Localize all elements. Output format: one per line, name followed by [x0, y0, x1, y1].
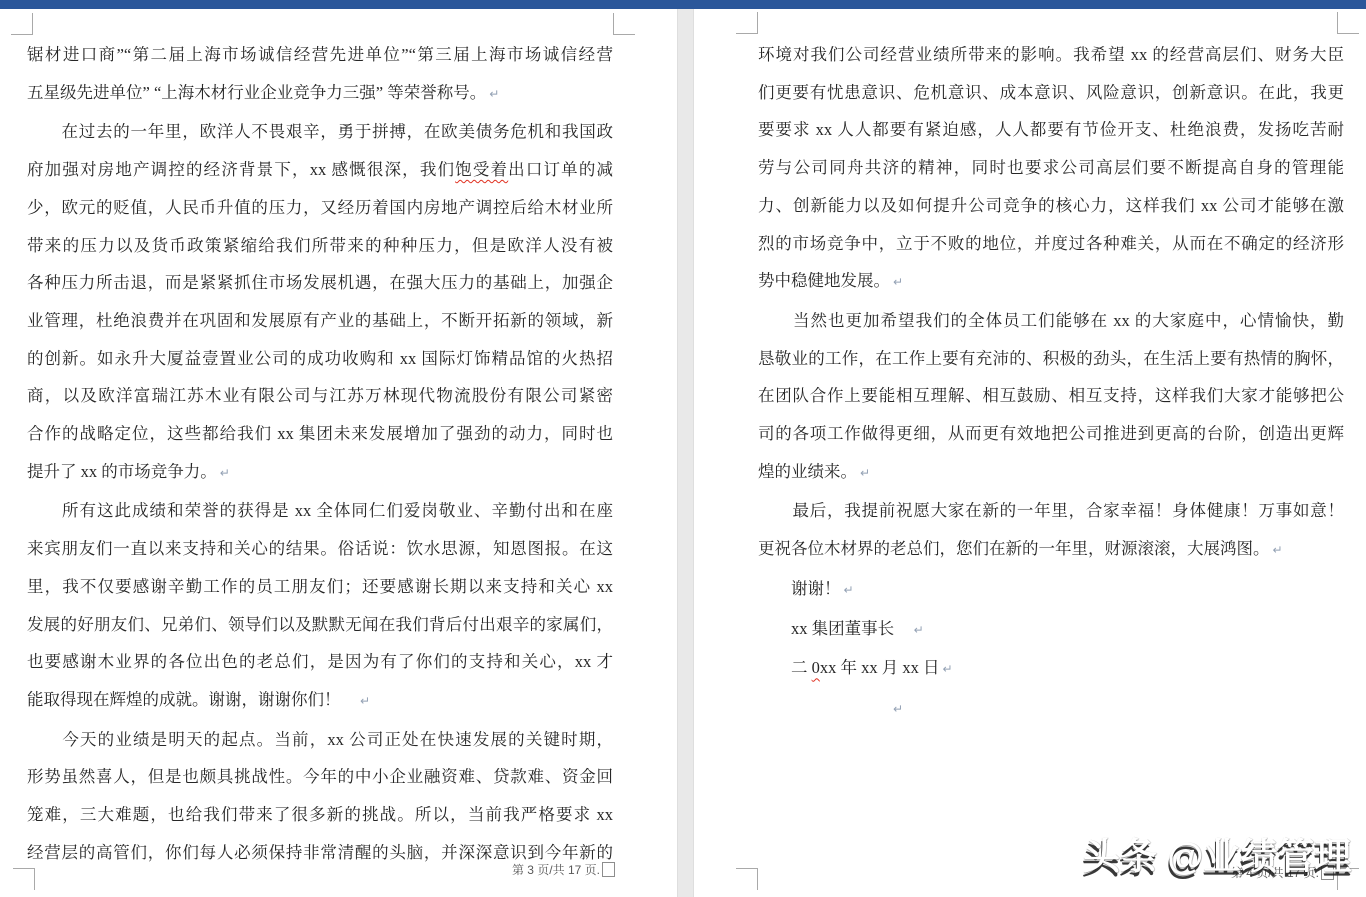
text-run: 出口订单的减: [508, 160, 613, 179]
text-line: 提升了 xx 的市场竞争力。↵: [27, 453, 613, 493]
page3-footer: 第 3 页/共 17 页.: [27, 860, 615, 878]
text-line: 力、创新能力以及如何提升公司竞争的核心力，这样我们 xx 公司才能够在激: [758, 187, 1344, 225]
text-line: 在团队合作上要能相互理解、相互鼓励、相互支持，这样我们大家才能够把公: [758, 377, 1344, 415]
text-boundary-mark-top-left-p4: [736, 12, 758, 34]
text-run: 环境对我们公司经营业绩所带来的影响。我希望 xx 的经营高层们、财务大臣: [758, 45, 1344, 64]
text-run: 府加强对房地产调控的经济背景下，xx 感慨很深，我们: [27, 160, 455, 179]
word-title-bar: [0, 0, 1366, 9]
paragraph-mark: ↵: [893, 702, 903, 716]
text-run: 力、创新能力以及如何提升公司竞争的核心力，这样我们 xx 公司才能够在激: [758, 196, 1344, 215]
text-line: 也要感谢木业界的各位出色的老总们，是因为有了你们的支持和关心，xx 才: [27, 643, 613, 681]
paragraph-mark: ↵: [914, 623, 924, 637]
text-line: 笼难，三大难题，也给我们带来了很多新的挑战。所以，当前我严格要求 xx: [27, 796, 613, 834]
text-run: xx 集团董事长: [758, 619, 911, 638]
text-run: 来宾朋友们一直以来支持和关心的结果。俗话说：饮水思源，知恩图报。在这: [27, 539, 613, 558]
text-run: 劳与公司同舟共济的精神，同时也要求公司高层们要不断提高自身的管理能: [758, 158, 1344, 177]
text-line: 府加强对房地产调控的经济背景下，xx 感慨很深，我们饱受着出口订单的减: [27, 151, 613, 189]
text-line: 恳敬业的工作，在工作上要有充沛的、积极的劲头，在生活上要有热情的胸怀，: [758, 340, 1344, 378]
text-run: 煌的业绩来。: [758, 462, 857, 481]
text-run: 商，以及欧洋富瑞江苏木业有限公司与江苏万林现代物流股份有限公司紧密: [27, 386, 613, 405]
text-line: 烈的市场竞争中，立于不败的地位，并度过各种难关，从而在不确定的经济形: [758, 225, 1344, 263]
text-run: xx 年 xx 月 xx 日: [820, 658, 940, 677]
paragraph-mark: ↵: [860, 466, 870, 480]
text-run: 业管理，杜绝浪费并在巩固和发展原有产业的基础上，不断开拓新的领域，新: [27, 311, 613, 330]
text-run: 势中稳健地发展。: [758, 271, 890, 290]
text-line: 锯材进口商”“第二届上海市场诚信经营先进单位”“第三届上海市场诚信经营: [27, 36, 613, 74]
text-run: 合作的战略定位，这些都给我们 xx 集团未来发展增加了强劲的动力，同时也: [27, 424, 613, 443]
text-line: 所有这此成绩和荣誉的获得是 xx 全体同仁们爱岗敬业、辛勤付出和在座: [27, 492, 613, 530]
text-line: 当然也更加希望我们的全体员工们能够在 xx 的大家庭中，心情愉快，勤: [758, 302, 1344, 340]
text-line: 五星级先进单位” “上海木材行业企业竞争力三强” 等荣誉称号。↵: [27, 74, 613, 114]
text-run: 所有这此成绩和荣誉的获得是 xx 全体同仁们爱岗敬业、辛勤付出和在座: [27, 501, 613, 520]
text-run: 各种压力所击退，而是紧紧抓住市场发展机遇，在强大压力的基础上，加强企: [27, 273, 613, 292]
text-run: 也要感谢木业界的各位出色的老总们，是因为有了你们的支持和关心，xx 才: [27, 652, 613, 671]
text-run: 五星级先进单位” “上海木材行业企业竞争力三强” 等荣誉称号。: [27, 83, 486, 102]
text-line: 在过去的一年里，欧洋人不畏艰辛，勇于拼搏，在欧美债务危机和我国政: [27, 113, 613, 151]
text-boundary-mark-top-right-p3: [613, 13, 635, 35]
text-line: 二 0xx 年 xx 月 xx 日↵: [758, 649, 1344, 689]
text-run: 里，我不仅要感谢辛勤工作的员工朋友们；还要感谢长期以来支持和关心 xx: [27, 577, 613, 596]
text-run: 当然也更加希望我们的全体员工们能够在 xx 的大家庭中，心情愉快，勤: [758, 311, 1344, 330]
text-line: 煌的业绩来。↵: [758, 453, 1344, 493]
text-run: 锯材进口商”“第二届上海市场诚信经营先进单位”“第三届上海市场诚信经营: [27, 45, 613, 64]
text-line: 形势虽然喜人，但是也颇具挑战性。今年的中小企业融资难、贷款难、资金回: [27, 758, 613, 796]
text-run: 今天的业绩是明天的起点。当前，xx 公司正处在快速发展的关键时期，: [27, 730, 613, 749]
text-run: [758, 698, 890, 717]
text-line: 各种压力所击退，而是紧紧抓住市场发展机遇，在强大压力的基础上，加强企: [27, 264, 613, 302]
text-line: 少，欧元的贬值，人民币升值的压力，又经历着国内房地产调控后给木材业所: [27, 189, 613, 227]
paragraph-mark: ↵: [489, 87, 499, 101]
text-boundary-mark-bottom-left-p4: [736, 868, 758, 890]
page3-number-label: 第 3 页/共 17 页.: [512, 861, 600, 878]
text-line: 劳与公司同舟共济的精神，同时也要求公司高层们要不断提高自身的管理能: [758, 149, 1344, 187]
text-line: 势中稳健地发展。↵: [758, 262, 1344, 302]
text-line: 合作的战略定位，这些都给我们 xx 集团未来发展增加了强劲的动力，同时也: [27, 415, 613, 453]
page-number-frame: [602, 862, 615, 877]
text-run: 发展的好朋友们、兄弟们、领导们以及默默无闻在我们背后付出艰辛的家属们，: [27, 615, 613, 634]
toutiao-watermark: 头条 @业绩管理: [1083, 826, 1351, 880]
text-run: 在过去的一年里，欧洋人不畏艰辛，勇于拼搏，在欧美债务危机和我国政: [27, 122, 613, 141]
text-line: ↵: [758, 689, 1344, 729]
text-line: 最后，我提前祝愿大家在新的一年里，合家幸福！身体健康！万事如意！: [758, 492, 1344, 530]
text-line: 业管理，杜绝浪费并在巩固和发展原有产业的基础上，不断开拓新的领域，新: [27, 302, 613, 340]
text-run: 二: [758, 658, 812, 677]
paragraph-mark: ↵: [893, 275, 903, 289]
text-run: 形势虽然喜人，但是也颇具挑战性。今年的中小企业融资难、贷款难、资金回: [27, 767, 613, 786]
text-run: 们更要有忧患意识、危机意识、成本意识、风险意识，创新意识。在此，我更: [758, 83, 1344, 102]
text-line: 要要求 xx 人人都要有紧迫感，人人都要有节俭开支、杜绝浪费，发扬吃苦耐: [758, 111, 1344, 149]
text-run: 在团队合作上要能相互理解、相互鼓励、相互支持，这样我们大家才能够把公: [758, 386, 1344, 405]
paragraph-mark: ↵: [844, 583, 854, 597]
text-run: 谢谢！: [758, 579, 841, 598]
page4-text-area[interactable]: 环境对我们公司经营业绩所带来的影响。我希望 xx 的经营高层们、财务大臣们更要有…: [758, 36, 1344, 729]
text-run: 最后，我提前祝愿大家在新的一年里，合家幸福！身体健康！万事如意！: [758, 501, 1344, 520]
text-line: 环境对我们公司经营业绩所带来的影响。我希望 xx 的经营高层们、财务大臣: [758, 36, 1344, 74]
text-line: 能取得现在辉煌的成就。谢谢，谢谢你们！ ↵: [27, 681, 613, 721]
text-run: 要要求 xx 人人都要有紧迫感，人人都要有节俭开支、杜绝浪费，发扬吃苦耐: [758, 120, 1344, 139]
text-line: 的创新。如永升大厦益壹置业公司的成功收购和 xx 国际灯饰精品馆的火热招: [27, 340, 613, 378]
text-run: 烈的市场竞争中，立于不败的地位，并度过各种难关，从而在不确定的经济形: [758, 234, 1344, 253]
text-run: 带来的压力以及货币政策紧缩给我们所带来的种种压力，但是欧洋人没有被: [27, 236, 613, 255]
paragraph-mark: ↵: [943, 662, 953, 676]
text-line: 更祝各位木材界的老总们，您们在新的一年里，财源滚滚，大展鸿图。↵: [758, 530, 1344, 570]
text-run: 司的各项工作做得更细，从而更有效地把公司推进到更高的台阶，创造出更辉: [758, 424, 1344, 443]
text-line: 里，我不仅要感谢辛勤工作的员工朋友们；还要感谢长期以来支持和关心 xx: [27, 568, 613, 606]
text-run: 提升了 xx 的市场竞争力。: [27, 462, 217, 481]
text-line: 们更要有忧患意识、危机意识、成本意识、风险意识，创新意识。在此，我更: [758, 74, 1344, 112]
text-run: 的创新。如永升大厦益壹置业公司的成功收购和 xx 国际灯饰精品馆的火热招: [27, 349, 613, 368]
text-line: 商，以及欧洋富瑞江苏木业有限公司与江苏万林现代物流股份有限公司紧密: [27, 377, 613, 415]
text-run: 少，欧元的贬值，人民币升值的压力，又经历着国内房地产调控后给木材业所: [27, 198, 613, 217]
text-run: 恳敬业的工作，在工作上要有充沛的、积极的劲头，在生活上要有热情的胸怀，: [758, 349, 1344, 368]
text-line: 司的各项工作做得更细，从而更有效地把公司推进到更高的台阶，创造出更辉: [758, 415, 1344, 453]
text-run: 能取得现在辉煌的成就。谢谢，谢谢你们！: [27, 690, 357, 709]
text-run: 经营层的高管们，你们每人必须保持非常清醒的头脑，并深深意识到今年新的: [27, 843, 613, 862]
text-boundary-mark-top-left-p3: [11, 13, 33, 35]
paragraph-mark: ↵: [220, 466, 230, 480]
text-line: 今天的业绩是明天的起点。当前，xx 公司正处在快速发展的关键时期，: [27, 721, 613, 759]
paragraph-mark: ↵: [360, 694, 370, 708]
text-line: xx 集团董事长 ↵: [758, 610, 1344, 650]
page-separator: [677, 9, 694, 897]
text-run: 更祝各位木材界的老总们，您们在新的一年里，财源滚滚，大展鸿图。: [758, 539, 1270, 558]
text-boundary-mark-top-right-p4: [1337, 12, 1359, 34]
text-line: 发展的好朋友们、兄弟们、领导们以及默默无闻在我们背后付出艰辛的家属们，: [27, 606, 613, 644]
text-line: 来宾朋友们一直以来支持和关心的结果。俗话说：饮水思源，知恩图报。在这: [27, 530, 613, 568]
text-line: 谢谢！↵: [758, 570, 1344, 610]
text-run: 笼难，三大难题，也给我们带来了很多新的挑战。所以，当前我严格要求 xx: [27, 805, 613, 824]
text-line: 带来的压力以及货币政策紧缩给我们所带来的种种压力，但是欧洋人没有被: [27, 227, 613, 265]
spellcheck-flagged-text: 饱受着: [455, 160, 508, 179]
paragraph-mark: ↵: [1273, 543, 1283, 557]
page3-text-area[interactable]: 锯材进口商”“第二届上海市场诚信经营先进单位”“第三届上海市场诚信经营五星级先进…: [27, 36, 613, 871]
spellcheck-flagged-text: 0: [812, 658, 820, 677]
